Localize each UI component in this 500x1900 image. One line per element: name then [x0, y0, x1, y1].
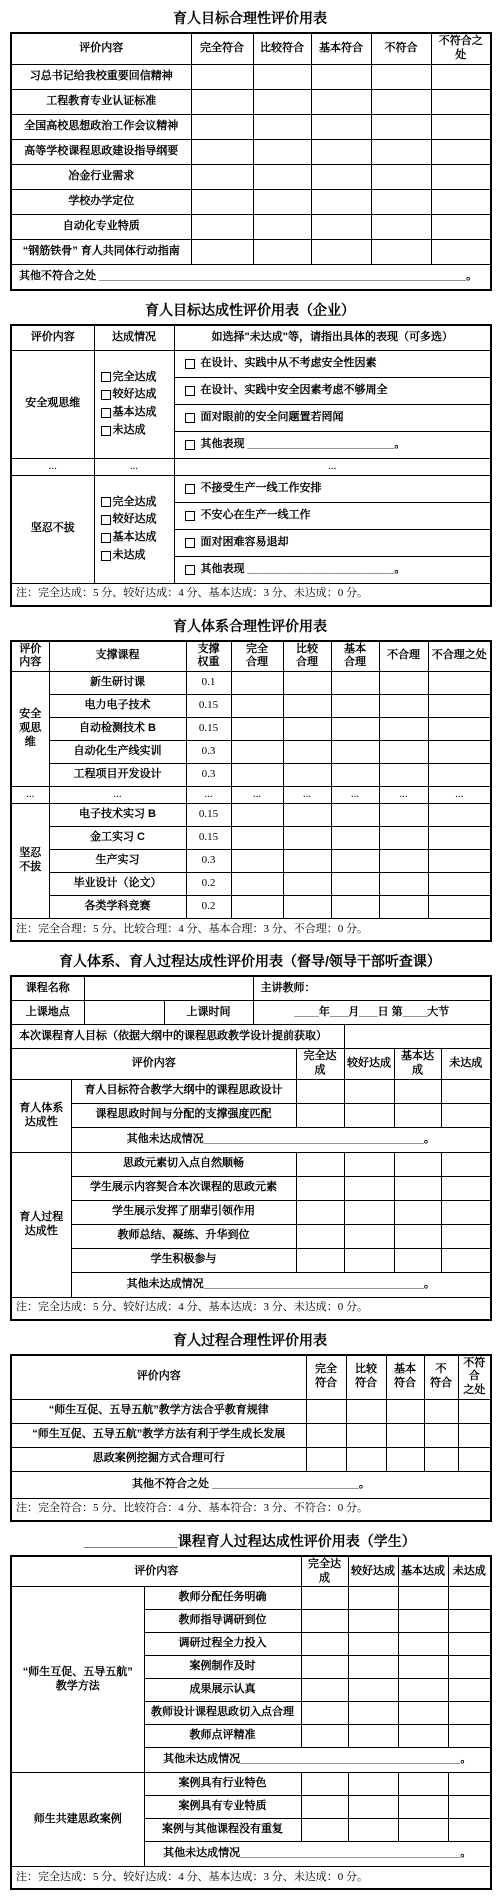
rating-cell — [191, 89, 253, 114]
group-cell: 师生共建思政案例 — [11, 1773, 144, 1867]
rating-cell — [344, 1103, 394, 1127]
rating-cell — [231, 804, 283, 827]
header-cell: 支撑课程 — [49, 641, 186, 672]
status-option: 基本达成 — [101, 531, 174, 545]
checkbox-icon[interactable] — [101, 533, 111, 543]
option-label: 较好达成 — [113, 388, 157, 402]
table-row: 电力电子技术0.15 — [11, 695, 491, 718]
group-cell: “师生互促、五导五航” 教学方法 — [11, 1587, 144, 1773]
header-cell: 不符合之处 — [431, 33, 491, 64]
rating-cell — [394, 1176, 441, 1200]
rating-cell — [371, 89, 431, 114]
rating-cell — [306, 1399, 346, 1423]
ellipsis-cell: ... — [174, 458, 491, 475]
header-cell: 不符合 之处 — [458, 1355, 491, 1400]
rating-cell — [301, 1773, 348, 1796]
rating-cell — [283, 764, 331, 787]
rating-cell — [344, 1152, 394, 1176]
rating-cell — [348, 1796, 398, 1819]
course-cell: 毕业设计（论文） — [49, 873, 186, 896]
status-option: 较好达成 — [101, 388, 174, 402]
rating-cell — [441, 1079, 491, 1103]
criterion-cell: “师生互促、五导五航”教学方法有利于学生成长发展 — [11, 1423, 306, 1447]
status-option: 未达成 — [101, 424, 174, 438]
header-cell: 评价内容 — [11, 1049, 296, 1080]
info-value-cell: ____年___月___日 第____大节 — [253, 1001, 491, 1025]
criterion-cell: 育人目标符合教学大纲中的课程思政设计 — [71, 1079, 296, 1103]
rating-cell — [311, 239, 371, 264]
rating-cell — [346, 1399, 386, 1423]
course-cell: 新生研讨课 — [49, 672, 186, 695]
criterion-cell: 学生积极参与 — [71, 1248, 296, 1272]
criterion-cell: 案例与其他课程没有重复 — [144, 1819, 301, 1842]
group-cell: 安全观思维 — [11, 350, 94, 458]
rating-cell — [283, 804, 331, 827]
behavior-cell: 其他表现 ________________________。 — [174, 556, 491, 583]
table-row: 注：完全达成：5 分、较好达成：4 分、基本达成：3 分、未达成：0 分。 — [11, 1867, 491, 1890]
rating-cell — [283, 695, 331, 718]
status-options-cell: 完全达成 较好达成 基本达成 未达成 — [94, 475, 174, 583]
other-blank-cell: 其他不符合之处 ________________________________… — [11, 264, 491, 290]
checkbox-icon[interactable] — [185, 413, 195, 423]
rating-cell — [441, 1176, 491, 1200]
criterion-cell: 案例制作及时 — [144, 1656, 301, 1679]
title-process-rationality: 育人过程合理性评价用表 — [10, 1330, 490, 1350]
rating-cell — [379, 896, 428, 919]
rating-cell — [379, 827, 428, 850]
rating-cell — [283, 741, 331, 764]
ellipsis-cell: ... — [331, 787, 379, 804]
criterion-cell: 自动化专业特质 — [11, 214, 191, 239]
weight-cell: 0.3 — [186, 741, 231, 764]
note-cell: 注：完全达成：5 分、较好达成：4 分、基本达成：3 分、未达成：0 分。 — [11, 1867, 491, 1890]
rating-cell — [428, 718, 491, 741]
table-row: “师生互促、五导五航” 教学方法 教师分配任务明确 — [11, 1587, 491, 1610]
rating-cell — [301, 1819, 348, 1842]
document-page: 育人目标合理性评价用表 评价内容 完全符合 比较符合 基本符合 不符合 不符合之… — [0, 0, 500, 1900]
rating-cell — [398, 1702, 448, 1725]
rating-cell — [448, 1679, 491, 1702]
ellipsis-cell: ... — [11, 458, 94, 475]
table-row: 安全观思维 完全达成 较好达成 基本达成 未达成 在设计、实践中从不考虑安全性因… — [11, 350, 491, 377]
rating-cell — [379, 741, 428, 764]
table-row: 其他不符合之处 ________________________。 — [11, 1471, 491, 1498]
checkbox-icon[interactable] — [101, 551, 111, 561]
info-label-cell: 课程名称 — [11, 976, 84, 1001]
checkbox-icon[interactable] — [101, 408, 111, 418]
rating-cell — [428, 804, 491, 827]
rating-cell — [348, 1773, 398, 1796]
rating-cell — [191, 114, 253, 139]
checkbox-icon[interactable] — [101, 426, 111, 436]
rating-cell — [283, 850, 331, 873]
rating-cell — [428, 695, 491, 718]
rating-cell — [296, 1248, 344, 1272]
course-cell: 各类学科竞赛 — [49, 896, 186, 919]
rating-cell — [331, 896, 379, 919]
rating-cell — [448, 1796, 491, 1819]
table-row: 评价内容 完全达成 较好达成 基本达成 未达成 — [11, 1556, 491, 1587]
rating-cell — [283, 873, 331, 896]
header-cell: 比较符合 — [253, 33, 311, 64]
rating-cell — [371, 214, 431, 239]
rating-cell — [448, 1819, 491, 1842]
ellipsis-cell: ... — [231, 787, 283, 804]
criterion-cell: 学校办学定位 — [11, 189, 191, 214]
rating-cell — [428, 672, 491, 695]
table-row: 注：完全达成：5 分、较好达成：4 分、基本达成：3 分、未达成：0 分。 — [11, 1297, 491, 1320]
rating-cell — [431, 239, 491, 264]
rating-cell — [379, 764, 428, 787]
checkbox-icon[interactable] — [185, 511, 195, 521]
table-row: 育人体系 达成性 育人目标符合教学大纲中的课程思政设计 — [11, 1079, 491, 1103]
table-system-process-supervisor: 课程名称 主讲教师： 上课地点 上课时间 ____年___月___日 第____… — [10, 975, 492, 1321]
rating-cell — [296, 1224, 344, 1248]
rating-cell — [301, 1633, 348, 1656]
course-cell: 电子技术实习 B — [49, 804, 186, 827]
rating-cell — [296, 1200, 344, 1224]
rating-cell — [253, 89, 311, 114]
header-cell: 基本达成 — [398, 1556, 448, 1587]
rating-cell — [301, 1725, 348, 1748]
table-row: ........................ — [11, 787, 491, 804]
header-cell: 不合理之处 — [428, 641, 491, 672]
table-row: 课程名称 主讲教师： — [11, 976, 491, 1001]
rating-cell — [398, 1725, 448, 1748]
info-label-cell: 上课时间 — [164, 1001, 253, 1025]
header-cell: 评价内容 — [11, 325, 94, 351]
rating-cell — [331, 718, 379, 741]
criterion-cell: 习总书记给我校重要回信精神 — [11, 64, 191, 89]
rating-cell — [348, 1725, 398, 1748]
rating-cell — [394, 1103, 441, 1127]
behavior-label: 不接受生产一线工作安排 — [201, 482, 322, 496]
behavior-cell: 在设计、实践中从不考虑安全性因素 — [174, 350, 491, 377]
info-label-cell: 上课地点 — [11, 1001, 84, 1025]
table-row: 评价内容 完全符合 比较符合 基本符合 不符合 不符合之处 — [11, 33, 491, 64]
course-cell: 自动检测技术 B — [49, 718, 186, 741]
rating-cell — [431, 139, 491, 164]
rating-cell — [301, 1610, 348, 1633]
rating-cell — [398, 1796, 448, 1819]
criterion-cell: 工程教育专业认证标准 — [11, 89, 191, 114]
table-row: 学校办学定位 — [11, 189, 491, 214]
rating-cell — [448, 1633, 491, 1656]
weight-cell: 0.15 — [186, 718, 231, 741]
title-process-achievement-student: ____________课程育人过程达成性评价用表（学生） — [10, 1531, 490, 1551]
header-cell: 完全 合理 — [231, 641, 283, 672]
behavior-label: 不安心在生产一线工作 — [201, 509, 311, 523]
table-row: 各类学科竞赛0.2 — [11, 896, 491, 919]
header-cell: 评价 内容 — [11, 641, 49, 672]
rating-cell — [394, 1200, 441, 1224]
weight-cell: 0.1 — [186, 672, 231, 695]
rating-cell — [191, 139, 253, 164]
rating-cell — [379, 695, 428, 718]
checkbox-icon[interactable] — [185, 359, 195, 369]
rating-cell — [386, 1447, 424, 1471]
rating-cell — [344, 1200, 394, 1224]
rating-cell — [394, 1224, 441, 1248]
table-row: 坚忍 不拔 电子技术实习 B0.15 — [11, 804, 491, 827]
weight-cell: 0.2 — [186, 873, 231, 896]
ellipsis-cell: ... — [428, 787, 491, 804]
rating-cell — [424, 1399, 458, 1423]
rating-cell — [283, 718, 331, 741]
option-label: 未达成 — [113, 424, 146, 438]
rating-cell — [344, 1224, 394, 1248]
table-row: 注：完全达成：5 分、较好达成：4 分、基本达成：3 分、未达成：0 分。 — [11, 583, 491, 606]
rating-cell — [348, 1702, 398, 1725]
group-cell: 育人体系 达成性 — [11, 1079, 71, 1152]
blank-cell — [84, 976, 253, 1001]
rating-cell — [441, 1248, 491, 1272]
rating-cell — [231, 850, 283, 873]
table-system-rationality: 评价 内容 支撑课程 支撑 权重 完全 合理 比较 合理 基本 合理 不合理 不… — [10, 640, 492, 943]
other-blank-cell: 其他未达成情况_________________________________… — [71, 1272, 491, 1297]
group-cell: 坚忍 不拔 — [11, 804, 49, 919]
other-blank-cell: 其他未达成情况_________________________________… — [144, 1842, 491, 1867]
rating-cell — [371, 239, 431, 264]
rating-cell — [331, 850, 379, 873]
behavior-cell: 不接受生产一线工作安排 — [174, 475, 491, 502]
table-goal-rationality: 评价内容 完全符合 比较符合 基本符合 不符合 不符合之处 习总书记给我校重要回… — [10, 32, 492, 291]
checkbox-icon[interactable] — [101, 372, 111, 382]
other-blank-cell: 其他未达成情况_________________________________… — [144, 1748, 491, 1773]
rating-cell — [371, 164, 431, 189]
behavior-label: 在设计、实践中从不考虑安全性因素 — [201, 357, 377, 371]
rating-cell — [253, 139, 311, 164]
rating-cell — [301, 1796, 348, 1819]
checkbox-icon[interactable] — [185, 440, 195, 450]
blank-cell — [84, 1001, 164, 1025]
table-row: 评价内容 达成情况 如选择"未达成"等，请指出具体的表现（可多选） — [11, 325, 491, 351]
rating-cell — [398, 1773, 448, 1796]
rating-cell — [306, 1447, 346, 1471]
checkbox-icon[interactable] — [101, 497, 111, 507]
table-row: 自动化专业特质 — [11, 214, 491, 239]
rating-cell — [191, 189, 253, 214]
rating-cell — [424, 1423, 458, 1447]
course-cell: 生产实习 — [49, 850, 186, 873]
rating-cell — [311, 89, 371, 114]
rating-cell — [283, 827, 331, 850]
rating-cell — [441, 1103, 491, 1127]
rating-cell — [331, 764, 379, 787]
rating-cell — [398, 1610, 448, 1633]
table-row: 学生展示内容契合本次课程的思政元素 — [11, 1176, 491, 1200]
rating-cell — [331, 804, 379, 827]
weight-cell: 0.15 — [186, 804, 231, 827]
rating-cell — [253, 189, 311, 214]
rating-cell — [394, 1079, 441, 1103]
rating-cell — [253, 64, 311, 89]
checkbox-icon[interactable] — [101, 515, 111, 525]
course-cell: 工程项目开发设计 — [49, 764, 186, 787]
rating-cell — [348, 1679, 398, 1702]
rating-cell — [346, 1423, 386, 1447]
behavior-label: 其他表现 ________________________。 — [201, 438, 406, 452]
table-row: 坚忍不拔 完全达成 较好达成 基本达成 未达成 不接受生产一线工作安排 — [11, 475, 491, 502]
criterion-cell: 高等学校课程思政建设指导纲要 — [11, 139, 191, 164]
criterion-cell: 思政元素切入点自然顺畅 — [71, 1152, 296, 1176]
rating-cell — [448, 1702, 491, 1725]
weight-cell: 0.2 — [186, 896, 231, 919]
info-label-cell: 主讲教师： — [253, 976, 491, 1001]
table-row: 评价 内容 支撑课程 支撑 权重 完全 合理 比较 合理 基本 合理 不合理 不… — [11, 641, 491, 672]
rating-cell — [191, 239, 253, 264]
rating-cell — [296, 1176, 344, 1200]
rating-cell — [231, 695, 283, 718]
rating-cell — [331, 873, 379, 896]
note-cell: 注：完全符合：5 分、比较符合：4 分、基本符合：3 分、不符合：0 分。 — [11, 1498, 491, 1521]
rating-cell — [301, 1679, 348, 1702]
header-cell: 未达成 — [448, 1556, 491, 1587]
behavior-cell: 在设计、实践中安全因素考虑不够周全 — [174, 377, 491, 404]
status-option: 基本达成 — [101, 406, 174, 420]
ellipsis-cell: ... — [49, 787, 186, 804]
rating-cell — [344, 1079, 394, 1103]
header-cell: 完全达成 — [301, 1556, 348, 1587]
course-cell: 自动化生产线实训 — [49, 741, 186, 764]
criterion-cell: 案例具有行业特色 — [144, 1773, 301, 1796]
rating-cell — [231, 741, 283, 764]
table-row: 师生共建思政案例 案例具有行业特色 — [11, 1773, 491, 1796]
title-system-rationality: 育人体系合理性评价用表 — [10, 616, 490, 636]
group-cell: 坚忍不拔 — [11, 475, 94, 583]
checkbox-icon[interactable] — [185, 484, 195, 494]
rating-cell — [311, 214, 371, 239]
rating-cell — [379, 804, 428, 827]
status-options-cell: 完全达成 较好达成 基本达成 未达成 — [94, 350, 174, 458]
rating-cell — [428, 850, 491, 873]
rating-cell — [379, 873, 428, 896]
rating-cell — [398, 1587, 448, 1610]
ellipsis-cell: ... — [186, 787, 231, 804]
title-goal-rationality: 育人目标合理性评价用表 — [10, 8, 490, 28]
rating-cell — [428, 764, 491, 787]
rating-cell — [253, 239, 311, 264]
table-row: 高等学校课程思政建设指导纲要 — [11, 139, 491, 164]
rating-cell — [386, 1423, 424, 1447]
checkbox-icon[interactable] — [101, 390, 111, 400]
header-cell: 基本 合理 — [331, 641, 379, 672]
status-option: 完全达成 — [101, 371, 174, 385]
rating-cell — [448, 1725, 491, 1748]
rating-cell — [311, 114, 371, 139]
rating-cell — [331, 672, 379, 695]
rating-cell — [253, 114, 311, 139]
rating-cell — [191, 214, 253, 239]
behavior-label: 面对眼前的安全问题置若罔闻 — [201, 411, 344, 425]
header-cell: 支撑 权重 — [186, 641, 231, 672]
group-cell: 安全 观思 维 — [11, 672, 49, 787]
header-cell: 比较 符合 — [346, 1355, 386, 1400]
rating-cell — [431, 189, 491, 214]
rating-cell — [379, 672, 428, 695]
rating-cell — [301, 1702, 348, 1725]
criterion-cell: “钢筋铁骨” 育人共同体行动指南 — [11, 239, 191, 264]
rating-cell — [379, 718, 428, 741]
criterion-cell: 课程思政时间与分配的支撑强度匹配 — [71, 1103, 296, 1127]
table-row: “师生互促、五导五航”教学方法有利于学生成长发展 — [11, 1423, 491, 1447]
info-label-cell: 本次课程育人目标（依据大纲中的课程思政教学设计提前获取） — [11, 1025, 344, 1049]
ellipsis-cell: ... — [11, 787, 49, 804]
table-row: 自动化生产线实训0.3 — [11, 741, 491, 764]
table-row: 工程教育专业认证标准 — [11, 89, 491, 114]
header-cell: 未达成 — [441, 1049, 491, 1080]
checkbox-icon[interactable] — [185, 565, 195, 575]
header-cell: 评价内容 — [11, 1355, 306, 1400]
checkbox-icon[interactable] — [185, 538, 195, 548]
rating-cell — [231, 672, 283, 695]
rating-cell — [431, 114, 491, 139]
header-cell: 不合理 — [379, 641, 428, 672]
header-cell: 完全 符合 — [306, 1355, 346, 1400]
criterion-cell: 成果展示认真 — [144, 1679, 301, 1702]
rating-cell — [398, 1633, 448, 1656]
header-cell: 达成情况 — [94, 325, 174, 351]
table-process-achievement-student: 评价内容 完全达成 较好达成 基本达成 未达成 “师生互促、五导五航” 教学方法… — [10, 1555, 492, 1891]
rating-cell — [231, 718, 283, 741]
criterion-cell: “师生互促、五导五航”教学方法合乎教育规律 — [11, 1399, 306, 1423]
rating-cell — [448, 1587, 491, 1610]
note-cell: 注：完全达成：5 分、较好达成：4 分、基本达成：3 分、未达成：0 分。 — [11, 583, 491, 606]
course-cell: 电力电子技术 — [49, 695, 186, 718]
header-cell: 评价内容 — [11, 33, 191, 64]
table-row: 生产实习0.3 — [11, 850, 491, 873]
rating-cell — [311, 139, 371, 164]
rating-cell — [301, 1656, 348, 1679]
weight-cell: 0.15 — [186, 695, 231, 718]
rating-cell — [253, 164, 311, 189]
behavior-cell: 面对困难容易退却 — [174, 529, 491, 556]
other-blank-cell: 其他未达成情况_________________________________… — [71, 1127, 491, 1152]
rating-cell — [428, 873, 491, 896]
table-row: 注：完全合理：5 分、比较合理：4 分、基本合理：3 分、不合理：0 分。 — [11, 919, 491, 942]
rating-cell — [458, 1423, 491, 1447]
rating-cell — [371, 189, 431, 214]
behavior-label: 面对困难容易退却 — [201, 536, 289, 550]
table-row: 课程思政时间与分配的支撑强度匹配 — [11, 1103, 491, 1127]
table-row: 注：完全符合：5 分、比较符合：4 分、基本符合：3 分、不符合：0 分。 — [11, 1498, 491, 1521]
checkbox-icon[interactable] — [185, 386, 195, 396]
rating-cell — [394, 1248, 441, 1272]
rating-cell — [348, 1587, 398, 1610]
rating-cell — [348, 1610, 398, 1633]
weight-cell: 0.3 — [186, 764, 231, 787]
table-row: 其他不符合之处 ________________________________… — [11, 264, 491, 290]
table-row: “师生互促、五导五航”教学方法合乎教育规律 — [11, 1399, 491, 1423]
rating-cell — [231, 827, 283, 850]
rating-cell — [191, 64, 253, 89]
status-option: 完全达成 — [101, 496, 174, 510]
header-cell: 基本达成 — [394, 1049, 441, 1080]
option-label: 基本达成 — [113, 406, 157, 420]
table-row: 其他未达成情况_________________________________… — [11, 1127, 491, 1152]
rating-cell — [398, 1679, 448, 1702]
course-cell: 金工实习 C — [49, 827, 186, 850]
behavior-label: 在设计、实践中安全因素考虑不够周全 — [201, 384, 388, 398]
table-row: 上课地点 上课时间 ____年___月___日 第____大节 — [11, 1001, 491, 1025]
rating-cell — [346, 1447, 386, 1471]
note-cell: 注：完全达成：5 分、较好达成：4 分、基本达成：3 分、未达成：0 分。 — [11, 1297, 491, 1320]
ellipsis-cell: ... — [94, 458, 174, 475]
rating-cell — [191, 164, 253, 189]
criterion-cell: 教师分配任务明确 — [144, 1587, 301, 1610]
table-row: 习总书记给我校重要回信精神 — [11, 64, 491, 89]
criterion-cell: 全国高校思想政治工作会议精神 — [11, 114, 191, 139]
